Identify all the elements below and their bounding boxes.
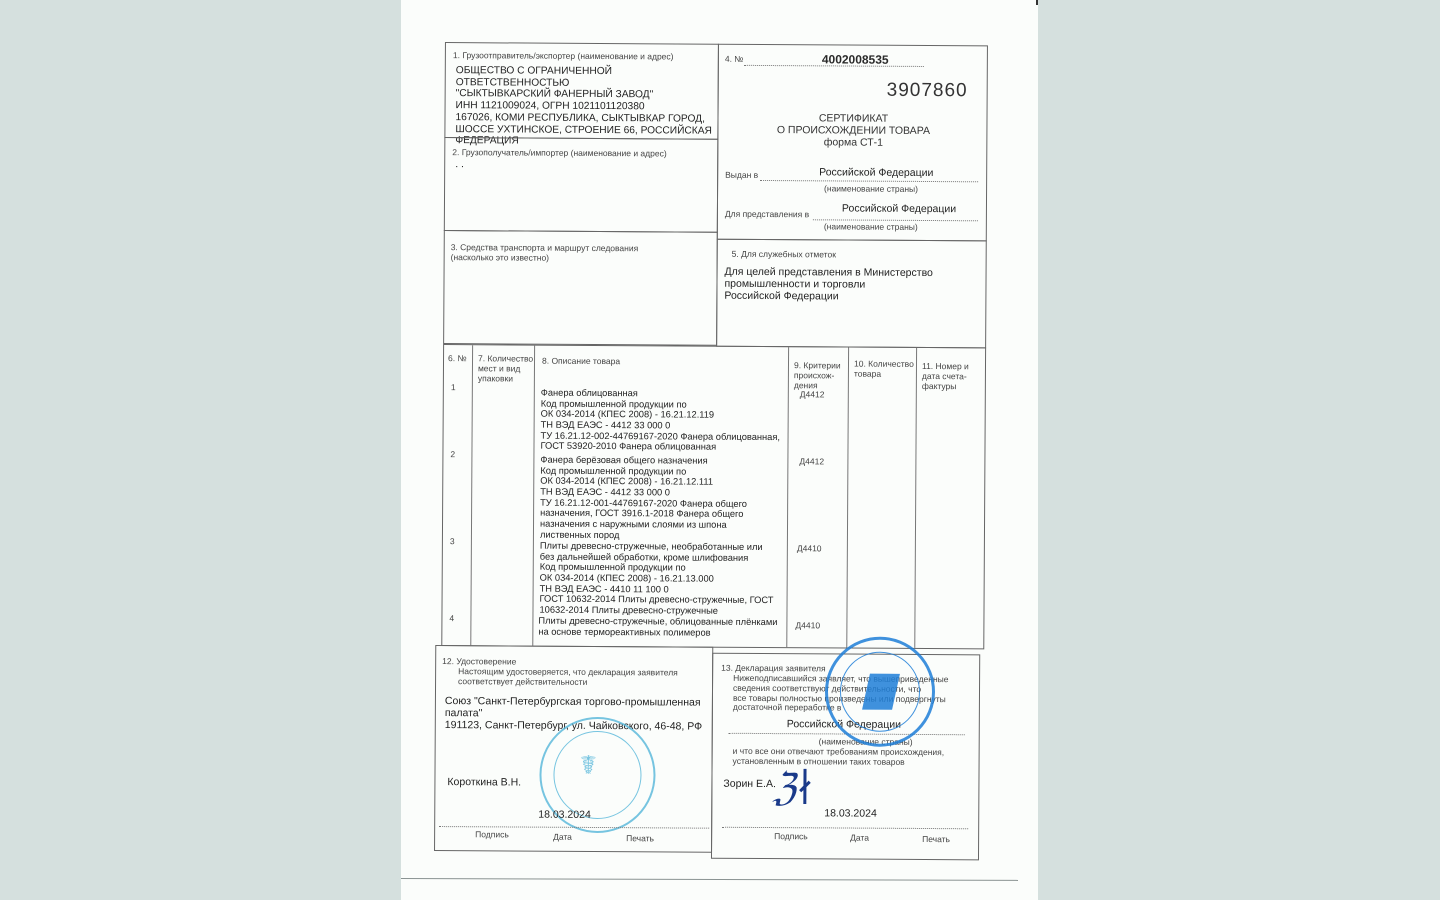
certification-date: 18.03.2024 [538, 809, 591, 821]
company-stamp [825, 636, 936, 747]
row-criteria: Д4410 [797, 544, 822, 554]
signature-caption: Подпись [475, 830, 509, 840]
serial-number: 3907860 [887, 80, 968, 102]
header-quantity: 10. Количество товара [854, 360, 914, 380]
official-notes-label: 5. Для служебных отметок [732, 250, 836, 260]
header-packages: 7. Количество мест и вид упаковки [478, 354, 533, 384]
row-description: Плиты древесно-стружечные, облицованные … [538, 616, 777, 639]
consignee-value: . . [455, 158, 464, 170]
signature-caption: Подпись [774, 832, 808, 842]
presented-country: Российской Федерации [842, 202, 956, 215]
declaration-text-2: и что все они отвечают требованиям проис… [733, 747, 945, 768]
row-criteria: Д4412 [800, 390, 825, 400]
certificate-title: СЕРТИФИКАТ О ПРОИСХОЖДЕНИИ ТОВАРА форма … [718, 112, 988, 150]
declaration-date: 18.03.2024 [824, 807, 877, 819]
row-no: 4 [449, 614, 454, 624]
issued-dots [760, 180, 978, 182]
header-no: 6. № [448, 354, 467, 364]
column-divider [846, 348, 849, 648]
row-criteria: Д4412 [799, 457, 824, 467]
issued-country-hint: (наименование страны) [824, 184, 918, 194]
scan-mark [1036, 0, 1038, 5]
header-criteria: 9. Критерии происхож- дения [794, 361, 841, 391]
row-description: Фанера облицованная Код промышленной про… [540, 388, 780, 454]
goods-table: 6. № 7. Количество мест и вид упаковки 8… [441, 344, 986, 649]
consignee-label: 2. Грузополучатель/импортер (наименовани… [452, 148, 666, 159]
box-certification: 12. Удостоверение Настоящим удостоверяет… [434, 645, 713, 853]
row-description: Фанера берёзовая общего назначения Код п… [540, 455, 747, 542]
column-divider [470, 345, 473, 645]
box-consignee: 2. Грузополучатель/импортер (наименовани… [444, 137, 719, 233]
row-no: 3 [450, 537, 455, 547]
number-label: 4. № [725, 55, 744, 65]
stamp-inner-ring [553, 731, 642, 820]
caduceus-icon: ☤ [579, 751, 597, 781]
row-description: Плиты древесно-стружечные, необработанны… [539, 541, 773, 617]
header-invoice: 11. Номер и дата счета- фактуры [922, 362, 969, 392]
column-divider [914, 348, 917, 648]
header-description: 8. Описание товара [542, 357, 620, 367]
exporter-label: 1. Грузоотправитель/экспортер (наименова… [453, 51, 674, 62]
exporter-value: ОБЩЕСТВО С ОГРАНИЧЕННОЙ ОТВЕТСТВЕННОСТЬЮ… [455, 65, 717, 149]
box-transport: 3. Средства транспорта и маршрут следова… [443, 230, 718, 346]
presented-label: Для представления в [725, 210, 809, 220]
signature-scribble: ℨ∤ [772, 766, 814, 810]
date-caption: Дата [850, 834, 869, 844]
row-no: 1 [451, 383, 456, 393]
certificate-form: 1. Грузоотправитель/экспортер (наименова… [432, 36, 989, 861]
row-no: 2 [450, 450, 455, 460]
signature-line [722, 827, 968, 830]
transport-label: 3. Средства транспорта и маршрут следова… [451, 243, 639, 264]
column-divider [532, 346, 535, 646]
official-notes-value: Для целей представления в Министерство п… [724, 266, 933, 303]
issued-label: Выдан в [725, 171, 758, 181]
column-divider [786, 347, 789, 647]
declarant-name: Зорин Е.А. [723, 778, 776, 790]
box-official-notes: 5. Для служебных отметок Для целей предс… [716, 239, 987, 349]
issued-country: Российской Федерации [819, 166, 933, 179]
presented-country-hint: (наименование страны) [824, 222, 918, 232]
seal-caption: Печать [626, 834, 654, 844]
row-criteria: Д4410 [795, 621, 820, 631]
certifier-name: Короткина В.Н. [447, 776, 521, 789]
certificate-number: 4002008535 [822, 53, 889, 67]
box-exporter: 1. Грузоотправитель/экспортер (наименова… [444, 42, 719, 140]
certification-text: Настоящим удостоверяется, что декларация… [458, 667, 678, 688]
box-certificate-number: 4. № 4002008535 3907860 СЕРТИФИКАТ О ПРО… [717, 44, 988, 242]
date-caption: Дата [553, 833, 572, 843]
seal-caption: Печать [922, 835, 950, 845]
